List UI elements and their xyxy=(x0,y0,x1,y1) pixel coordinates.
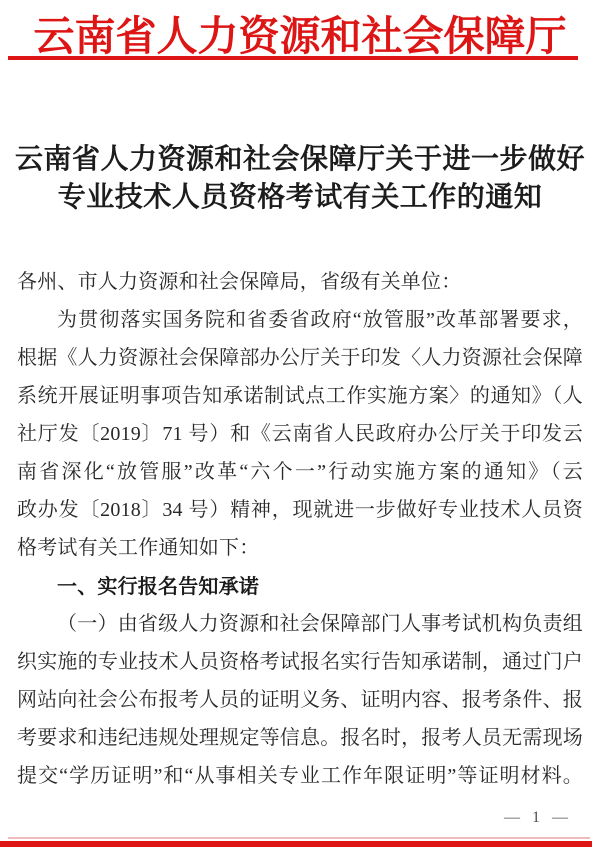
body-line: 考要求和违纪违规处理规定等信息。报名时，报考人员无需现场 xyxy=(17,719,583,757)
document-title: 云南省人力资源和社会保障厅关于进一步做好 专业技术人员资格考试有关工作的通知 xyxy=(0,141,600,217)
body-line: 提交“学历证明”和“从事相关专业工作年限证明”等证明材料。 xyxy=(17,757,583,795)
body-line: 网站向社会公布报考人员的证明义务、证明内容、报考条件、报 xyxy=(17,681,583,719)
document-body: 各州、市人力资源和社会保障局，省级有关单位：为贯彻落实国务院和省委省政府“放管服… xyxy=(17,263,583,795)
body-line: 根据《人力资源社会保障部办公厅关于印发〈人力资源社会保障 xyxy=(17,339,583,377)
body-line: 系统开展证明事项告知承诺制试点工作实施方案〉的通知》（人 xyxy=(17,377,583,415)
body-line: 社厅发〔2019〕71 号）和《云南省人民政府办公厅关于印发云 xyxy=(17,415,583,453)
letterhead-rule xyxy=(8,56,578,60)
page-number: — 1 — xyxy=(504,809,572,827)
body-line: 为贯彻落实国务院和省委省政府“放管服”改革部署要求， xyxy=(17,301,583,339)
document-title-line1: 云南省人力资源和社会保障厅关于进一步做好 xyxy=(0,141,600,179)
body-line: 南省深化“放管服”改革“六个一”行动实施方案的通知》（云 xyxy=(17,453,583,491)
letterhead-title: 云南省人力资源和社会保障厅 xyxy=(0,3,600,62)
body-line: 格考试有关工作通知如下： xyxy=(17,529,583,567)
body-line: 织实施的专业技术人员资格考试报名实行告知承诺制，通过门户 xyxy=(17,643,583,681)
body-line: 各州、市人力资源和社会保障局，省级有关单位： xyxy=(17,263,583,301)
footer-rule-thin xyxy=(8,837,590,839)
document-title-line2: 专业技术人员资格考试有关工作的通知 xyxy=(0,179,600,217)
body-line: （一）由省级人力资源和社会保障部门人事考试机构负责组 xyxy=(17,605,583,643)
footer-rule-thick xyxy=(0,841,592,847)
body-line: 政办发〔2018〕34 号）精神，现就进一步做好专业技术人员资 xyxy=(17,491,583,529)
document-page: 云南省人力资源和社会保障厅 云南省人力资源和社会保障厅关于进一步做好 专业技术人… xyxy=(0,0,600,854)
body-line: 一、实行报名告知承诺 xyxy=(17,567,583,605)
